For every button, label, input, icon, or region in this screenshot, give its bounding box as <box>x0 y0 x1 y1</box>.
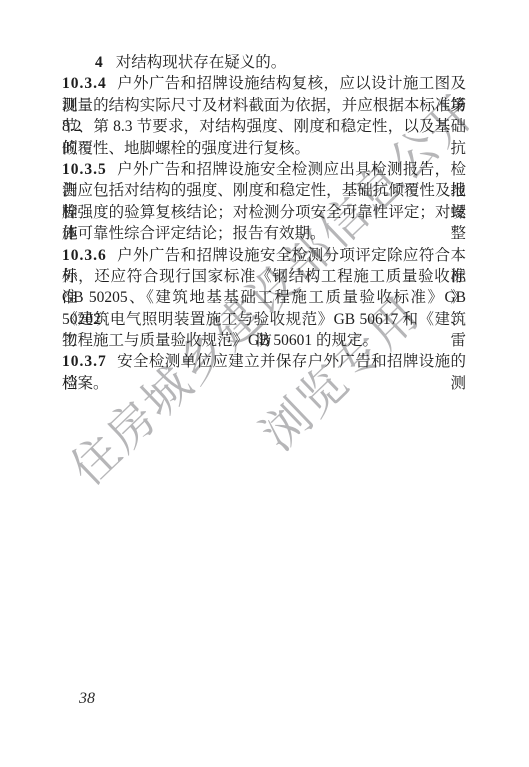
page-number: 38 <box>79 690 95 708</box>
clause-number: 10.3.4 <box>62 75 107 92</box>
text-line: 10.3.7安全检测单位应建立并保存户外广告和招牌设施的检测 <box>62 351 466 372</box>
scanned-document-page: 住房城乡建设部信息公开 浏览专用 4对结构现状存在疑义的。10.3.4户外广告和… <box>0 0 529 767</box>
text-line: 告应包括对结构的强度、刚度和稳定性，基础抗倾覆性及地脚螺 <box>62 180 466 201</box>
clause-text: 安全检测单位应建立并保存户外广告和招牌设施的检测 <box>62 353 466 391</box>
clause-number: 10.3.5 <box>62 161 107 178</box>
text-line: GB 50205、《建筑地基基础工程施工质量验收标准》GB 50202、 <box>62 287 466 308</box>
document-text: 4对结构现状存在疑义的。10.3.4户外广告和招牌设施结构复核，应以设计施工图及… <box>62 52 466 394</box>
clause-number: 10.3.6 <box>62 247 107 264</box>
text-line: 10.3.5户外广告和招牌设施安全检测应出具检测报告，检测报 <box>62 159 466 180</box>
text-line: 4对结构现状存在疑义的。 <box>62 52 466 73</box>
text-line: 外，还应符合现行国家标准《钢结构工程施工质量验收标准》 <box>62 266 466 287</box>
text-line: 测量的结构实际尺寸及材料截面为依据，并应根据本标准第 8.2 <box>62 95 466 116</box>
clause-number: 4 <box>95 54 104 71</box>
text-line: 栓强度的验算复核结论；对检测分项安全可靠性评定；对设施整 <box>62 202 466 223</box>
text-line: 10.3.4户外广告和招牌设施结构复核，应以设计施工图及现场 <box>62 73 466 94</box>
text-line: 《建筑电气照明装置施工与验收规范》GB 50617 和《建筑物防雷 <box>62 309 466 330</box>
clause-number: 10.3.7 <box>62 353 107 370</box>
text-line: 节、第 8.3 节要求，对结构强度、刚度和稳定性，以及基础的抗 <box>62 116 466 137</box>
text-line: 10.3.6户外广告和招牌设施安全检测分项评定除应符合本标准 <box>62 245 466 266</box>
clause-text: 对结构现状存在疑义的。 <box>116 54 287 71</box>
